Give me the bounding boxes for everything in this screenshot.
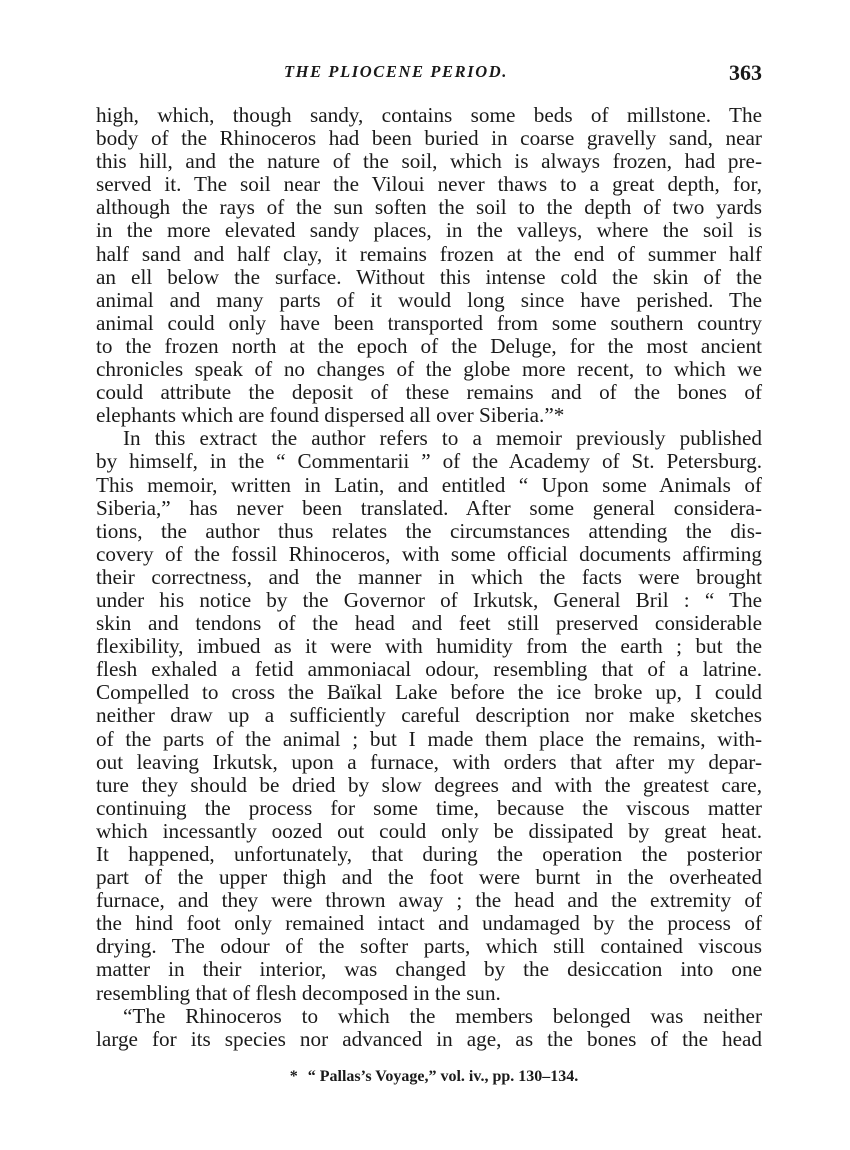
text-line: part of the upper thigh and the foot wer… [96, 866, 762, 889]
text-line: which incessantly oozed out could only b… [96, 820, 762, 843]
text-line: by himself, in the “ Commentarii ” of th… [96, 450, 762, 473]
book-page: THE PLIOCENE PERIOD. 363 high, which, th… [0, 0, 850, 1150]
text-line: could attribute the deposit of these rem… [96, 381, 762, 404]
text-line: It happened, unfortunately, that during … [96, 843, 762, 866]
text-line: elephants which are found dispersed all … [96, 404, 762, 427]
text-line: chronicles speak of no changes of the gl… [96, 358, 762, 381]
running-head: THE PLIOCENE PERIOD. 363 [96, 60, 762, 90]
text-line: served it. The soil near the Viloui neve… [96, 173, 762, 196]
text-line: this hill, and the nature of the soil, w… [96, 150, 762, 173]
text-line: in the more elevated sandy places, in th… [96, 219, 762, 242]
text-line: Compelled to cross the Baïkal Lake befor… [96, 681, 762, 704]
text-line: their correctness, and the manner in whi… [96, 566, 762, 589]
body-text: high, which, though sandy, contains some… [96, 104, 762, 1051]
text-line: neither draw up a sufficiently careful d… [96, 704, 762, 727]
text-line: skin and tendons of the head and feet st… [96, 612, 762, 635]
text-line: flesh exhaled a fetid ammoniacal odour, … [96, 658, 762, 681]
text-line: of the parts of the animal ; but I made … [96, 728, 762, 751]
text-line: body of the Rhinoceros had been buried i… [96, 127, 762, 150]
running-title: THE PLIOCENE PERIOD. [96, 62, 696, 82]
text-line: furnace, and they were thrown away ; the… [96, 889, 762, 912]
page-number: 363 [729, 60, 762, 86]
text-line: ture they should be dried by slow degree… [96, 774, 762, 797]
text-line: half sand and half clay, it remains froz… [96, 243, 762, 266]
text-line: “The Rhinoceros to which the members bel… [96, 1005, 762, 1028]
footnote-marker: * [290, 1068, 298, 1085]
text-line: to the frozen north at the epoch of the … [96, 335, 762, 358]
text-line: Siberia,” has never been translated. Aft… [96, 497, 762, 520]
text-line: under his notice by the Governor of Irku… [96, 589, 762, 612]
text-line: This memoir, written in Latin, and entit… [96, 474, 762, 497]
text-line: the hind foot only remained intact and u… [96, 912, 762, 935]
text-line: an ell below the surface. Without this i… [96, 266, 762, 289]
text-line: In this extract the author refers to a m… [96, 427, 762, 450]
text-line: resembling that of flesh decomposed in t… [96, 982, 762, 1005]
text-line: matter in their interior, was changed by… [96, 958, 762, 981]
text-line: tions, the author thus relates the circu… [96, 520, 762, 543]
text-line: large for its species nor advanced in ag… [96, 1028, 762, 1051]
text-line: animal could only have been transported … [96, 312, 762, 335]
text-line: although the rays of the sun soften the … [96, 196, 762, 219]
text-line: high, which, though sandy, contains some… [96, 104, 762, 127]
text-line: covery of the fossil Rhinoceros, with so… [96, 543, 762, 566]
text-line: drying. The odour of the softer parts, w… [96, 935, 762, 958]
footnote-text: “ Pallas’s Voyage,” vol. iv., pp. 130–13… [308, 1068, 579, 1085]
text-line: out leaving Irkutsk, upon a furnace, wit… [96, 751, 762, 774]
text-line: continuing the process for some time, be… [96, 797, 762, 820]
text-line: flexibility, imbued as it were with humi… [96, 635, 762, 658]
footnote: * “ Pallas’s Voyage,” vol. iv., pp. 130–… [96, 1068, 762, 1086]
text-line: animal and many parts of it would long s… [96, 289, 762, 312]
